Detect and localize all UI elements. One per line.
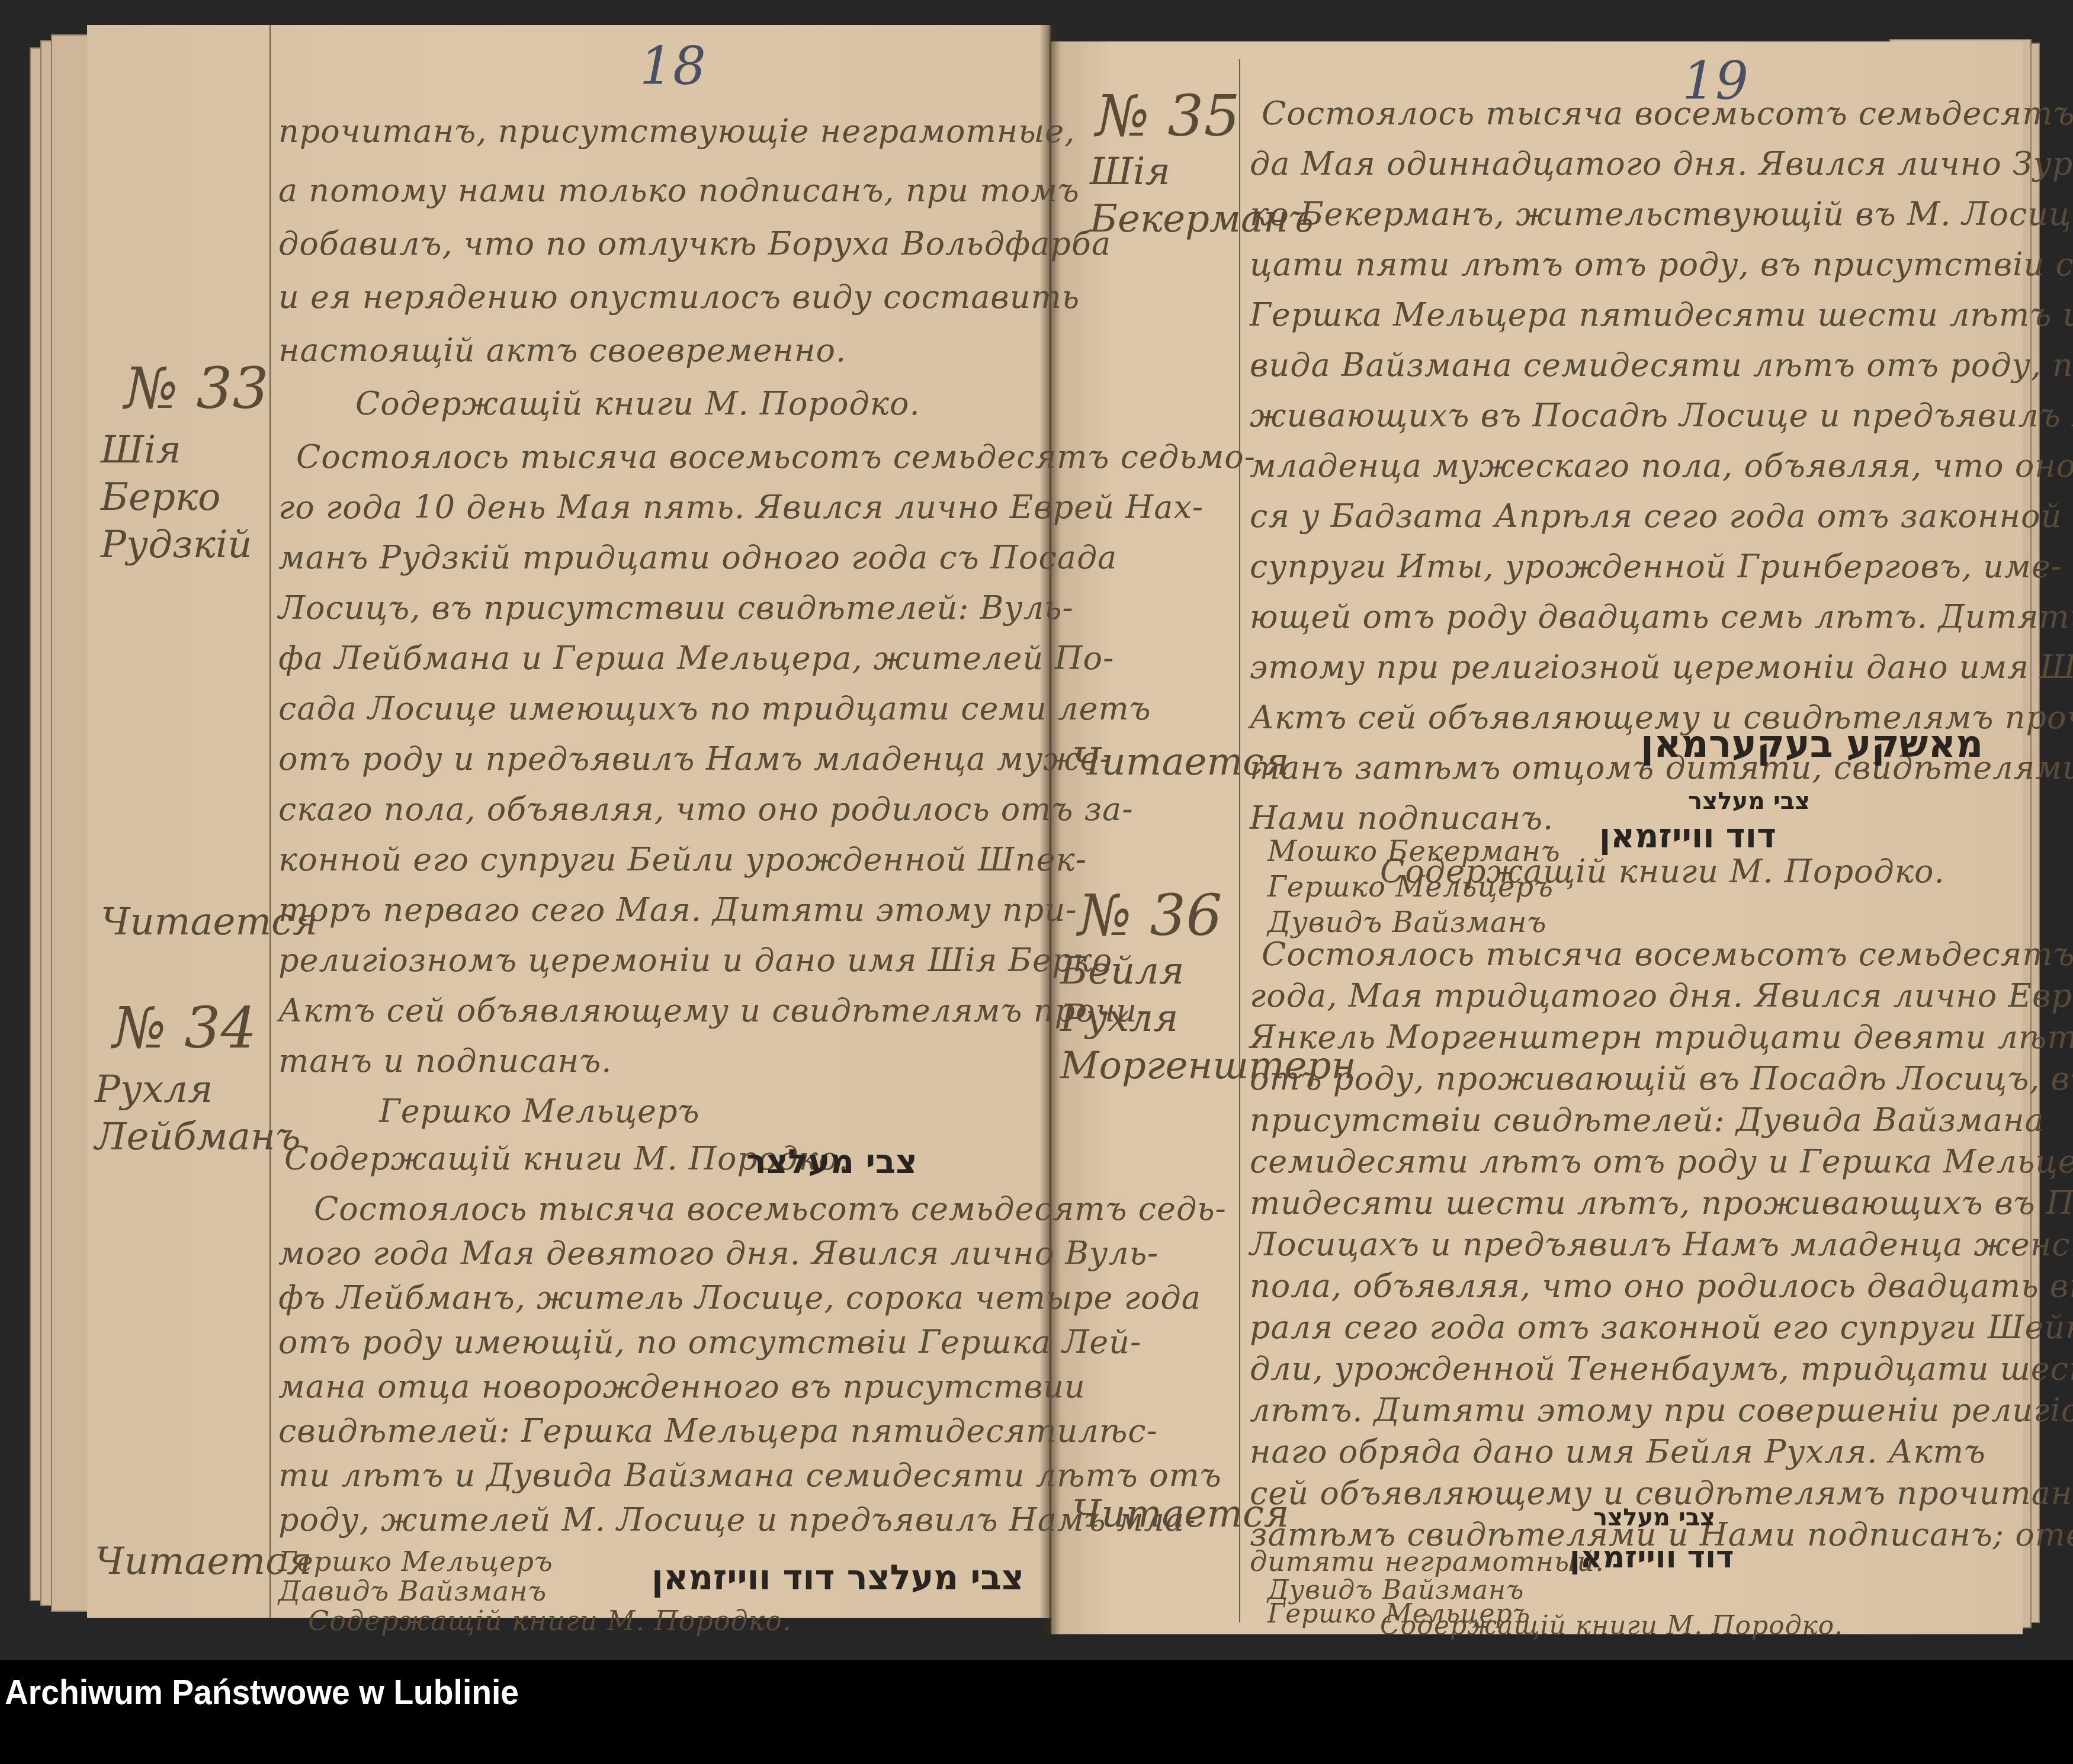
text-line: Состоялось тысяча восемьсотъ семьдесятъ … (314, 1190, 1227, 1228)
signature-line: Содержащій книги М. Породко. (1380, 1611, 1843, 1641)
text-line: отъ роду, проживающій въ Посадѣ Лосицъ, … (1250, 1060, 2073, 1097)
text-line: присутствіи свидѣтелей: Дувида Вайзмана (1250, 1101, 2045, 1139)
text-line: Состоялось тысяча восемьсотъ семьдесятъ … (1262, 936, 2073, 973)
hebrew-signature: צבי מעלצר דוד ווייזמאן (652, 1557, 1024, 1598)
text-line: да Мая одиннадцатого дня. Явился лично З… (1250, 145, 2073, 182)
text-line: мого года Мая девятого дня. Явился лично… (278, 1235, 1159, 1272)
margin-entry-name: Шія Берко Рудзкій (101, 426, 261, 568)
text-line: фъ Лейбманъ, житель Лосице, сорока четыр… (278, 1279, 1201, 1316)
margin-entry-number: № 34 (113, 995, 257, 1061)
text-line: Гершка Мельцера пятидесяти шести лѣтъ и … (1250, 296, 2073, 333)
signature-line: Давидъ Вайзманъ (278, 1575, 547, 1607)
text-line: скаго пола, объявляя, что оно родилось о… (278, 791, 1134, 828)
margin-entry-name: Рухля Лейбманъ (95, 1066, 261, 1161)
text-line: младенца мужескаго пола, объявляя, что о… (1250, 447, 2073, 484)
text-line: Актъ сей объявляющему и свидѣтелямъ проч… (278, 992, 1148, 1029)
text-line: Содержащій книги М. Породко. (355, 385, 920, 422)
hebrew-signature: דוד ווייזמאן (1570, 1540, 1734, 1575)
text-line: фа Лейбмана и Герша Мельцера, жителей По… (278, 640, 1114, 677)
margin-entry-number: № 33 (124, 355, 269, 422)
text-line: живающихъ въ Посадѣ Лосице и предъявилъ … (1250, 397, 2073, 434)
text-line: дитяти неграмотный. (1250, 1545, 1605, 1577)
signature-line: Содержащій книги М. Породко. (308, 1605, 792, 1637)
text-line: манъ Рудзкій тридцати одного года съ Пос… (278, 539, 1117, 576)
margin-rule-left (269, 25, 271, 1618)
text-line: а потому нами только подписанъ, при томъ (278, 172, 1080, 209)
text-line: настоящій актъ своевременно. (278, 332, 846, 369)
text-line: конной его супруги Бейли урожденной Шпек… (278, 841, 1087, 878)
margin-rule-right (1239, 59, 1240, 1622)
margin-entry-number: № 36 (1078, 882, 1222, 949)
text-line: мана отца новорожденного въ присутствии (278, 1368, 1086, 1405)
signature-line: Дувидъ Вайзманъ (1267, 906, 1546, 939)
page-number-left: 18 (640, 36, 706, 97)
text-line: ющей отъ роду двадцать семь лѣтъ. Дитяти (1250, 598, 2073, 635)
hebrew-signature: מאשקע בעקערמאן (1641, 722, 1983, 766)
text-line: Состоялось тысяча восемьсотъ семьдесятъ … (296, 438, 1256, 475)
text-line: дли, урожденной Тененбаумъ, тридцати шес… (1250, 1350, 2073, 1387)
text-line: вида Вайзмана семидесяти лѣтъ отъ роду, … (1250, 346, 2073, 384)
text-line: Лосицъ, въ присутствии свидѣтелей: Вуль- (278, 589, 1074, 626)
text-line: ся у Бадзата Апрѣля сего года отъ законн… (1250, 497, 2073, 535)
text-line: торъ перваго сего Мая. Дитяти этому при- (278, 891, 1077, 928)
text-line: супруги Иты, урожденной Гринберговъ, име… (1250, 548, 2062, 585)
text-line: го года 10 день Мая пять. Явился лично Е… (278, 489, 1204, 526)
signature-line: Гершко Мельцеръ (379, 1093, 700, 1130)
text-line: ти лѣтъ и Дувида Вайзмана семидесяти лѣт… (278, 1457, 1222, 1494)
signature-line: Содержащій книги М. Породко. (1380, 853, 1945, 890)
text-line: отъ роду и предъявилъ Намъ младенца муже… (278, 740, 1111, 777)
text-line: наго обряда дано имя Бейля Рухля. Актъ (1250, 1433, 1986, 1470)
text-line: свидѣтелей: Гершка Мельцера пятидесятилѣ… (278, 1412, 1158, 1450)
text-line: цати пяти лѣтъ отъ роду, въ присутствіи … (1250, 246, 2073, 283)
text-line: Нами подписанъ. (1250, 799, 1554, 837)
text-line: сада Лосице имеющихъ по тридцати семи ле… (278, 690, 1151, 727)
scan-area: 18 19 № 33 Шія Берко Рудзкій Читается № … (0, 0, 2073, 1660)
text-line: семидесяти лѣтъ отъ роду и Гершка Мельце… (1250, 1143, 2073, 1180)
hebrew-signature: צבי מעלצר (1593, 1504, 1715, 1531)
margin-entry-name: Шія Бекерманъ (1090, 148, 1232, 243)
text-line: Состоялось тысяча восемьсотъ семьдесятъ … (1262, 95, 2073, 132)
text-line: лѣтъ. Дитяти этому при совершеніи религі… (1250, 1392, 2073, 1429)
text-line: религіозномъ церемоніи и дано имя Шія Бе… (278, 942, 1123, 979)
text-line: пола, объявляя, что оно родилось двадцат… (1250, 1267, 2073, 1304)
hebrew-signature: צבי מעלצר (1688, 788, 1810, 815)
signature-line: Гершко Мельцеръ (278, 1545, 553, 1577)
text-line: роду, жителей М. Лосице и предъявилъ Нам… (278, 1501, 1196, 1538)
text-line: ко Бекерманъ, жительствующій въ М. Лосиц… (1250, 195, 2073, 233)
text-line: танъ и подписанъ. (278, 1042, 612, 1079)
margin-entry-number: № 35 (1096, 83, 1240, 149)
text-line: отъ роду имеющій, по отсутствіи Гершка Л… (278, 1323, 1141, 1361)
archive-label: Archiwum Państwowe w Lublinie (5, 1672, 519, 1712)
margin-entry-name: Бейля Рухля Моргенштерн (1060, 947, 1232, 1090)
text-line: раля сего года отъ законной его супруги … (1250, 1309, 2073, 1346)
text-line: года, Мая тридцатого дня. Явился лично Е… (1250, 977, 2073, 1014)
archive-footer: Archiwum Państwowe w Lublinie (0, 1660, 2073, 1764)
text-line: Лосицахъ и предъявилъ Намъ младенца женс… (1250, 1226, 2073, 1263)
hebrew-signature: דוד ווייזמאן (1599, 817, 1776, 856)
text-line: и ея нерядению опустилосъ виду составить (278, 278, 1080, 316)
text-line: этому при религіозной церемоніи дано имя… (1250, 648, 2073, 686)
text-line: тидесяти шести лѣтъ, проживающихъ въ Пос… (1250, 1184, 2073, 1222)
text-line: прочитанъ, присутствующіе неграмотные, (278, 113, 1075, 150)
hebrew-signature: צבי מעלצר (746, 1143, 917, 1181)
text-line: Янкель Моргенштерн тридцати девяти лѣтъ (1250, 1018, 2073, 1056)
text-line: добавилъ, что по отлучкѣ Боруха Вольдфар… (278, 225, 1111, 262)
